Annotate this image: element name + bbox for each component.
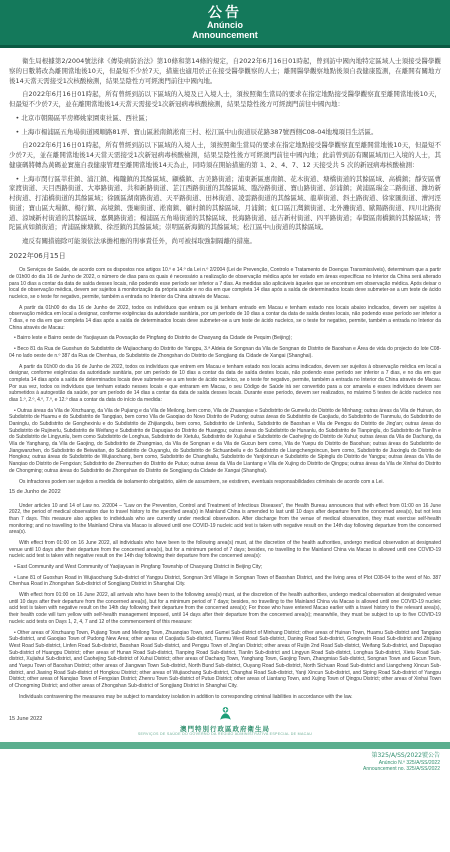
header-title-zh: 公告 bbox=[0, 4, 450, 20]
en-paragraph-1: Under articles 10 and 14 of Law no. 2/20… bbox=[9, 503, 441, 536]
pt-bullet-shanghai-areas: • Outras áreas da Vila de Xinzhuang, da … bbox=[9, 408, 441, 475]
pt-bullet-shanghai: • Beco 81 da Rua de Guoshun do Subdistri… bbox=[9, 346, 441, 359]
doc-number-en: Announcement no. 325/A/SS/2022 bbox=[0, 766, 440, 772]
section-portuguese: Os Serviços de Saúde, de acordo com os d… bbox=[9, 267, 441, 496]
bureau-name-pt: SERVIÇOS DE SAÚDE DO GOVERNO DA REGIÃO A… bbox=[0, 733, 450, 737]
pt-closing: Os infractores podem ser sujeitos a medi… bbox=[9, 479, 441, 486]
zh-date: 2022年06月15日 bbox=[9, 251, 441, 262]
en-paragraph-3: With effect from 01:00 on 16 June 2022, … bbox=[9, 592, 441, 625]
header-title-pt: Anúncio bbox=[0, 20, 450, 30]
document-numbers: 第325/A/SS/2022號公告 Anúncio N.º 325/A/SS/2… bbox=[0, 749, 450, 772]
en-closing: Individuals contravening the measures ma… bbox=[9, 694, 441, 701]
section-english: Under articles 10 and 14 of Law no. 2/20… bbox=[9, 503, 441, 701]
footer: 15 June 2022 澳門特別行政區政府衛生局 SERVIÇOS DE SA… bbox=[0, 706, 450, 772]
pt-paragraph-1: Os Serviços de Saúde, de acordo com os d… bbox=[9, 267, 441, 300]
footer-green-band-divider bbox=[0, 742, 450, 749]
document-body: 衛生局根據第2/2004號法律《傳染病防治法》第10條和第14條的規定，自202… bbox=[0, 48, 450, 700]
header-title-en: Announcement bbox=[0, 30, 450, 40]
section-chinese: 衛生局根據第2/2004號法律《傳染病防治法》第10條和第14條的規定，自202… bbox=[9, 57, 441, 261]
zh-closing: 違反有關措施除可能須依法承擔相應的刑事責任外，尚可被採取強制隔離的措施。 bbox=[9, 237, 441, 247]
zh-bullet-shanghai-areas: • 上海市閔行區莘莊鎮、浦江鎮、梅隴鎮的其餘區域、顓橋鎮、古美路街道；浦東新區惠… bbox=[9, 175, 441, 234]
zh-paragraph-2: 自2022年6月16日01時起，所有曾經到訪以下區域的入境及已入境人士，須按照衛… bbox=[9, 90, 441, 110]
en-paragraph-2: With effect from 01:00 on 16 June 2022, … bbox=[9, 540, 441, 560]
pt-bullet-beijing: • Bairro leste e Bairro oeste de Yaojiay… bbox=[9, 335, 441, 342]
announcement-page: 公告 Anúncio Announcement 衛生局根據第2/2004號法律《… bbox=[0, 0, 450, 852]
zh-bullet-shanghai: • 上海市楊浦區五角場街道國順路81弄、寶山區淞南鎮淞南三村、松江區中山街道辰花… bbox=[9, 128, 441, 138]
zh-paragraph-1: 衛生局根據第2/2004號法律《傳染病防治法》第10條和第14條的規定，自202… bbox=[9, 57, 441, 86]
ssm-health-bureau-logo-icon bbox=[218, 706, 233, 726]
zh-bullet-beijing: • 北京市朝陽區平房鄉姚家園東社區、西社區； bbox=[9, 114, 441, 124]
pt-paragraph-3: A partir da 01h00 do dia 16 de Junho de … bbox=[9, 364, 441, 404]
pt-date: 15 de Junho de 2022 bbox=[9, 489, 441, 496]
doc-number-zh: 第325/A/SS/2022號公告 bbox=[0, 752, 440, 760]
en-bullet-beijing: • East Community and West Community of Y… bbox=[9, 564, 441, 571]
en-bullet-shanghai: • Lane 81 of Guoshun Road in Wujiaochang… bbox=[9, 575, 441, 588]
en-date: 15 June 2022 bbox=[9, 716, 42, 722]
issuing-organization: 澳門特別行政區政府衛生局 SERVIÇOS DE SAÚDE DO GOVERN… bbox=[0, 706, 450, 737]
en-bullet-shanghai-areas: • Other areas of Xinzhuang Town, Pujiang… bbox=[9, 630, 441, 690]
announcement-header: 公告 Anúncio Announcement bbox=[0, 0, 450, 48]
pt-paragraph-2: A partir da 01h00 do dia 16 de Junho de … bbox=[9, 305, 441, 332]
zh-paragraph-3: 自2022年6月16日01時起，所有曾經到訪以下區域的入境人士，須按照衛生當局的… bbox=[9, 141, 441, 170]
